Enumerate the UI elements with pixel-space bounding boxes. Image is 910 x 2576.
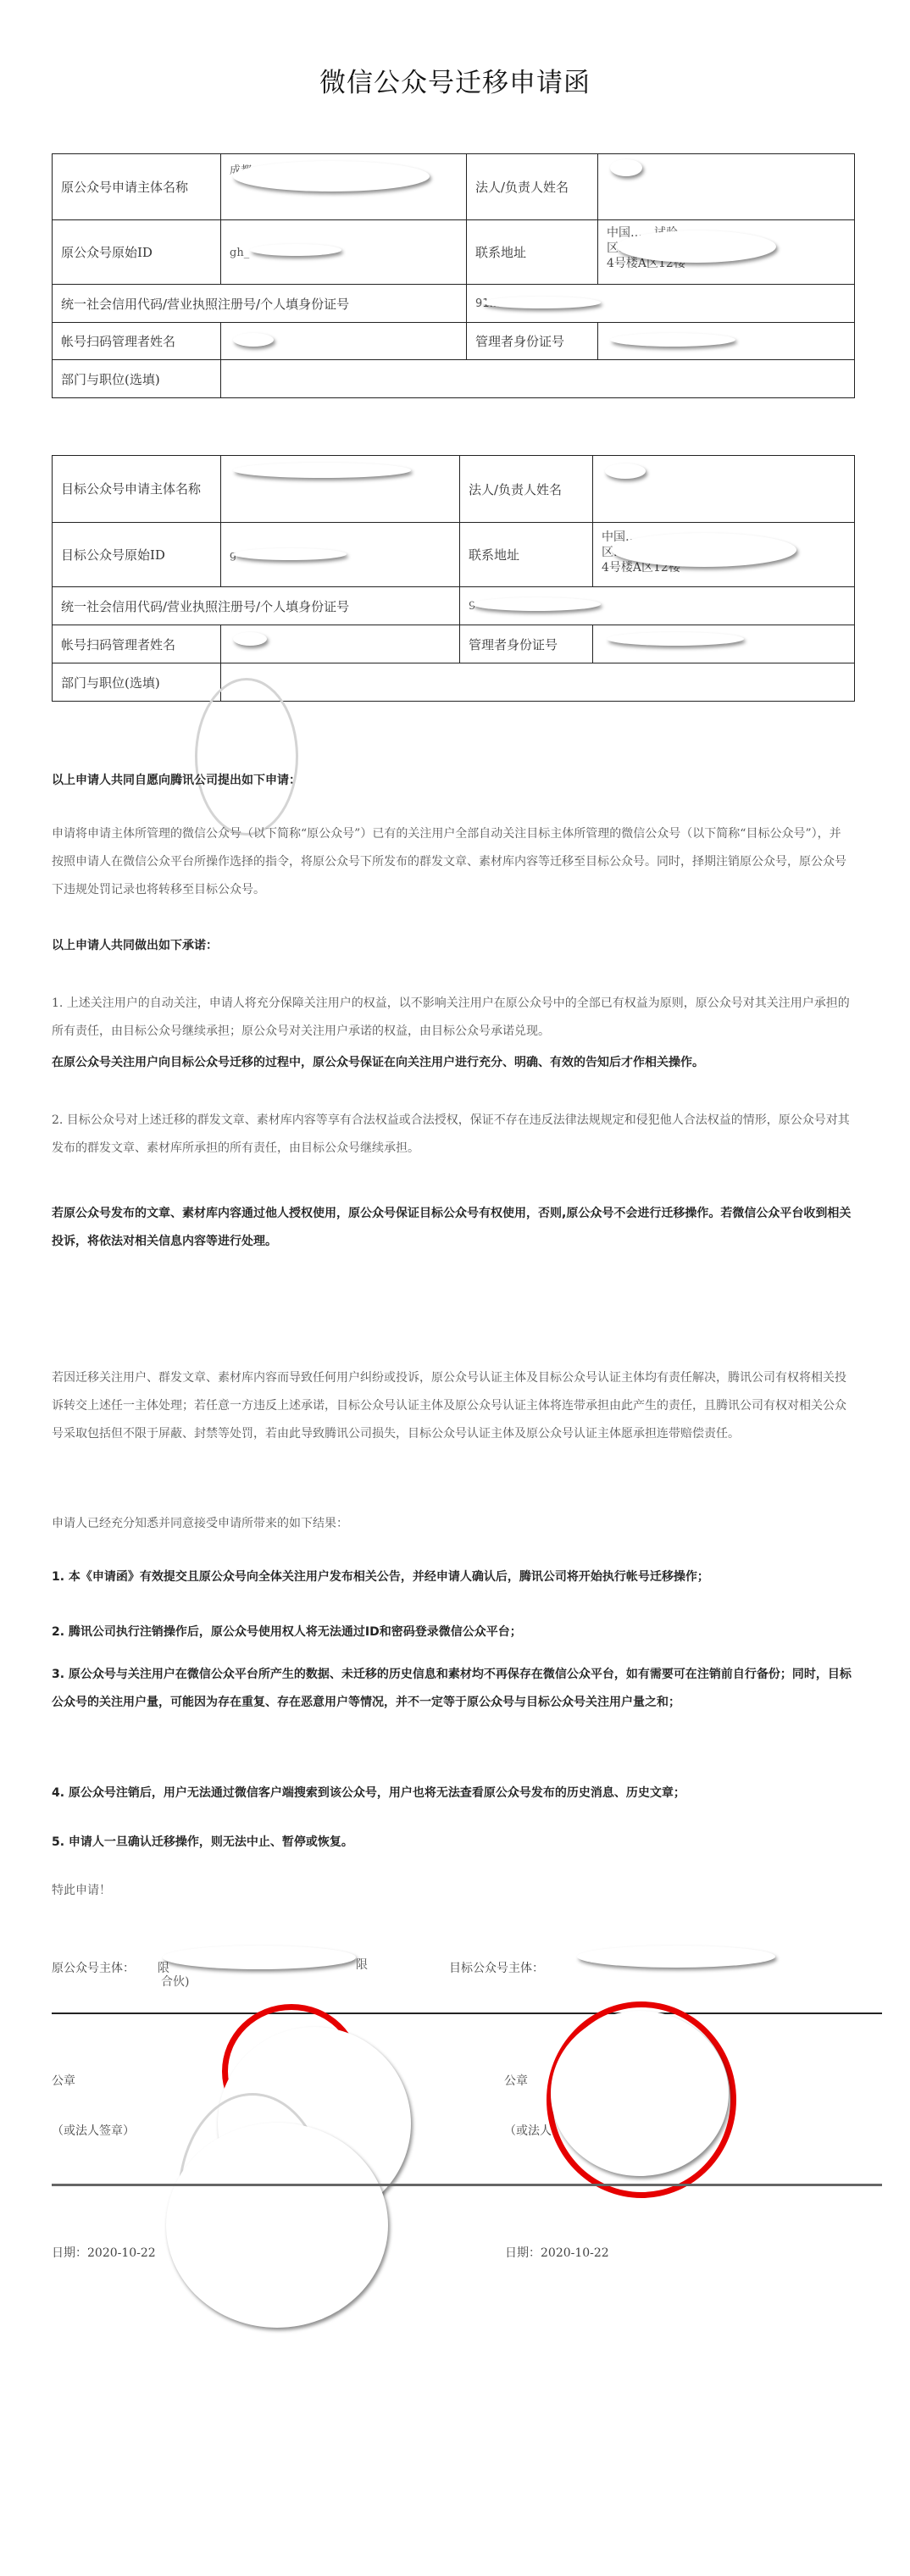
target-department-label: 部门与职位(选填) (53, 663, 221, 702)
result-item-2: 2. 腾讯公司执行注销操作后，原公众号使用权人将无法通过ID和密码登录微信公众平… (52, 1618, 852, 1646)
target-original-id-value: g (221, 523, 460, 587)
target-admin-name-label: 帐号扫码管理者姓名 (53, 625, 221, 663)
date-left: 日期：2020-10-22 (52, 2244, 156, 2261)
document-title: 微信公众号迁移申请函 (0, 61, 910, 99)
target-legal-rep-value (593, 456, 855, 523)
redaction-mask (607, 632, 744, 646)
table-row: 原公众号申请主体名称 成都……限合伙 法人/负责人姓名 (53, 154, 855, 220)
source-entity-sign-peek-tail: 限 (356, 1956, 368, 1973)
source-admin-id-label: 管理者身份证号 (467, 323, 598, 360)
source-account-table: 原公众号申请主体名称 成都……限合伙 法人/负责人姓名 原公众号原始ID gh_… (52, 153, 855, 398)
redaction-mask (577, 1946, 775, 1968)
date-right: 日期：2020-10-22 (505, 2244, 609, 2261)
source-department-value (221, 360, 855, 398)
source-original-id-value: gh_ (221, 220, 467, 285)
target-original-id-label: 目标公众号原始ID (53, 523, 221, 587)
redaction-mask (551, 2011, 729, 2176)
target-legal-rep-label: 法人/负责人姓名 (460, 456, 593, 523)
source-entity-sign-label: 原公众号主体： (52, 1959, 135, 1976)
dispute-paragraph: 若因迁移关注用户、群发文章、素材库内容而导致任何用户纠纷或投诉，原公众号认证主体… (52, 1364, 852, 1448)
redaction-mask (250, 244, 341, 256)
source-admin-id-value (598, 323, 855, 360)
target-entity-sign-label: 目标公众号主体： (449, 1959, 544, 1976)
redaction-mask (472, 597, 601, 611)
seal-label-left: 公章 (52, 2072, 75, 2089)
redaction-mask (605, 464, 646, 479)
promise-item-2: 2. 目标公众号对上述迁移的群发文章、素材库内容等享有合法权益或合法授权，保证不… (52, 1107, 852, 1163)
table-row: 目标公众号原始ID g 联系地址 中国…… 区…… 4号楼A区12楼 (53, 523, 855, 587)
redaction-mask (610, 159, 642, 176)
target-admin-name-value (221, 625, 460, 663)
source-credit-code-label: 统一社会信用代码/营业执照注册号/个人填身份证号 (53, 285, 467, 323)
signature-divider-bottom (52, 2184, 882, 2186)
redaction-mask (233, 548, 347, 560)
table-row: 部门与职位(选填) (53, 360, 855, 398)
result-item-5: 5. 申请人一旦确认迁移操作，则无法中止、暂停或恢复。 (52, 1829, 852, 1857)
source-legal-rep-value (598, 154, 855, 220)
target-department-value (221, 663, 855, 702)
source-address-value: 中国……试验 区……号 4号楼A区12楼 (598, 220, 855, 285)
table-row: 帐号扫码管理者姓名 管理者身份证号 (53, 323, 855, 360)
redaction-mask (617, 230, 776, 263)
redaction-mask (233, 161, 430, 192)
redaction-mask (233, 333, 274, 347)
source-admin-name-label: 帐号扫码管理者姓名 (53, 323, 221, 360)
faint-seal-watermark (195, 678, 298, 836)
target-credit-code-value: 9 (460, 587, 855, 625)
target-address-value: 中国…… 区…… 4号楼A区12楼 (593, 523, 855, 587)
legal-sign-label-left: （或法人签章） (52, 2122, 135, 2139)
redaction-mask (163, 1946, 356, 1969)
redaction-mask (610, 333, 735, 347)
promise-heading: 以上申请人共同做出如下承诺： (52, 932, 852, 960)
target-entity-name-label: 目标公众号申请主体名称 (53, 456, 221, 523)
target-entity-name-value (221, 456, 460, 523)
table-row: 部门与职位(选填) (53, 663, 855, 702)
seal-label-right: 公章 (504, 2072, 528, 2089)
source-legal-rep-label: 法人/负责人姓名 (467, 154, 598, 220)
legal-sign-label-right: （或法人 (504, 2122, 552, 2139)
source-department-label: 部门与职位(选填) (53, 360, 221, 398)
source-admin-name-value (221, 323, 467, 360)
redaction-mask (482, 297, 601, 308)
result-item-4: 4. 原公众号注销后，用户无法通过微信客户端搜索到该公众号，用户也将无法查看原公… (52, 1779, 852, 1807)
result-item-3: 3. 原公众号与关注用户在微信公众平台所产生的数据、未迁移的历史信息和素材均不再… (52, 1661, 852, 1717)
source-entity-name-value: 成都……限合伙 (221, 154, 467, 220)
signature-divider-top (52, 2012, 882, 2014)
target-credit-code-label: 统一社会信用代码/营业执照注册号/个人填身份证号 (53, 587, 460, 625)
table-row: 原公众号原始ID gh_ 联系地址 中国……试验 区……号 4号楼A区12楼 (53, 220, 855, 285)
source-address-label: 联系地址 (467, 220, 598, 285)
table-row: 目标公众号申请主体名称 法人/负责人姓名 (53, 456, 855, 523)
target-admin-id-label: 管理者身份证号 (460, 625, 593, 663)
table-row: 帐号扫码管理者姓名 管理者身份证号 (53, 625, 855, 663)
promise-item-1-bold: 在原公众号关注用户向目标公众号迁移的过程中，原公众号保证在向关注用户进行充分、明… (52, 1049, 852, 1077)
source-entity-name-label: 原公众号申请主体名称 (53, 154, 221, 220)
redaction-mask (612, 533, 796, 567)
redaction-mask (166, 2123, 388, 2328)
source-entity-sign-peek-line2: 合伙) (161, 1973, 189, 1990)
apply-heading: 以上申请人共同自愿向腾讯公司提出如下申请： (52, 767, 852, 795)
promise-item-1: 1. 上述关注用户的自动关注，申请人将充分保障关注用户的权益，以不影响关注用户在… (52, 990, 852, 1046)
redaction-mask (233, 632, 267, 646)
table-row: 统一社会信用代码/营业执照注册号/个人填身份证号 91……X (53, 285, 855, 323)
results-intro: 申请人已经充分知悉并同意接受申请所带来的如下结果： (52, 1510, 852, 1538)
target-account-table: 目标公众号申请主体名称 法人/负责人姓名 目标公众号原始ID g 联系地址 中国… (52, 455, 855, 702)
apply-paragraph: 申请将申请主体所管理的微信公众号（以下简称“原公众号”）已有的关注用户全部自动关… (52, 820, 852, 904)
closing-text: 特此申请！ (52, 1877, 852, 1905)
target-admin-id-value (593, 625, 855, 663)
target-address-label: 联系地址 (460, 523, 593, 587)
result-item-1: 1. 本《申请函》有效提交且原公众号向全体关注用户发布相关公告，并经申请人确认后… (52, 1563, 852, 1591)
table-row: 统一社会信用代码/营业执照注册号/个人填身份证号 9 (53, 587, 855, 625)
promise-item-2-bold: 若原公众号发布的文章、素材库内容通过他人授权使用，原公众号保证目标公众号有权使用… (52, 1200, 852, 1256)
source-credit-code-value: 91……X (467, 285, 855, 323)
redaction-mask (233, 463, 411, 478)
source-original-id-label: 原公众号原始ID (53, 220, 221, 285)
